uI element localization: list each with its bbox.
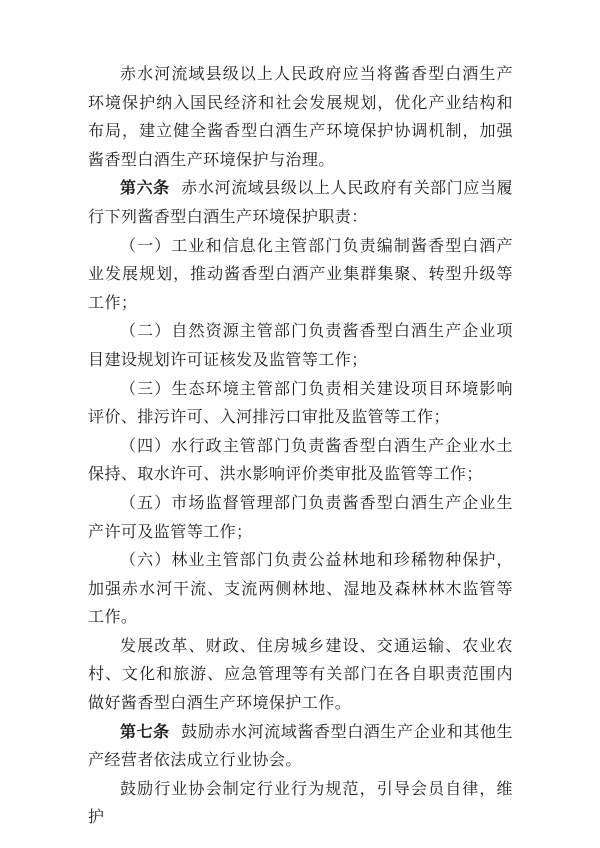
paragraph-item-1: （一）工业和信息化主管部门负责编制酱香型白酒产业发展规划，推动酱香型白酒产业集群… bbox=[88, 233, 513, 319]
paragraph: 赤水河流域县级以上人民政府应当将酱香型白酒生产环境保护纳入国民经济和社会发展规划… bbox=[88, 61, 513, 175]
paragraph-text: （五）市场监督管理部门负责酱香型白酒生产企业生产许可及监管等工作； bbox=[88, 495, 513, 541]
paragraph-article-7: 第七条鼓励赤水河流域酱香型白酒生产企业和其他生产经营者依法成立行业协会。 bbox=[88, 719, 513, 776]
paragraph-text: （一）工业和信息化主管部门负责编制酱香型白酒产业发展规划，推动酱香型白酒产业集群… bbox=[88, 238, 513, 312]
document-text-block: 赤水河流域县级以上人民政府应当将酱香型白酒生产环境保护纳入国民经济和社会发展规划… bbox=[88, 61, 513, 833]
paragraph-text: （三）生态环境主管部门负责相关建设项目环境影响评价、排污许可、入河排污口审批及监… bbox=[88, 381, 513, 427]
paragraph-text: （二）自然资源主管部门负责酱香型白酒生产企业项目建设规划许可证核发及监管等工作； bbox=[88, 323, 513, 369]
article-number: 第六条 bbox=[120, 180, 170, 197]
paragraph-text: 鼓励行业协会制定行业行为规范，引导会员自律，维护 bbox=[88, 781, 513, 827]
paragraph: 发展改革、财政、住房城乡建设、交通运输、农业农村、文化和旅游、应急管理等有关部门… bbox=[88, 633, 513, 719]
paragraph-item-4: （四）水行政主管部门负责酱香型白酒生产企业水土保持、取水许可、洪水影响评价类审批… bbox=[88, 433, 513, 490]
paragraph-article-6: 第六条赤水河流域县级以上人民政府有关部门应当履行下列酱香型白酒生产环境保护职责： bbox=[88, 175, 513, 232]
paragraph-text: 发展改革、财政、住房城乡建设、交通运输、农业农村、文化和旅游、应急管理等有关部门… bbox=[88, 638, 513, 712]
paragraph-item-3: （三）生态环境主管部门负责相关建设项目环境影响评价、排污许可、入河排污口审批及监… bbox=[88, 376, 513, 433]
paragraph-text: （六）林业主管部门负责公益林地和珍稀物种保护，加强赤水河干流、支流两侧林地、湿地… bbox=[88, 552, 513, 626]
document-page: 赤水河流域县级以上人民政府应当将酱香型白酒生产环境保护纳入国民经济和社会发展规划… bbox=[0, 0, 600, 848]
paragraph-item-5: （五）市场监督管理部门负责酱香型白酒生产企业生产许可及监管等工作； bbox=[88, 490, 513, 547]
paragraph-text: 赤水河流域县级以上人民政府应当将酱香型白酒生产环境保护纳入国民经济和社会发展规划… bbox=[88, 66, 513, 169]
paragraph-text: （四）水行政主管部门负责酱香型白酒生产企业水土保持、取水许可、洪水影响评价类审批… bbox=[88, 438, 513, 484]
paragraph: 鼓励行业协会制定行业行为规范，引导会员自律，维护 bbox=[88, 776, 513, 833]
paragraph-item-6: （六）林业主管部门负责公益林地和珍稀物种保护，加强赤水河干流、支流两侧林地、湿地… bbox=[88, 547, 513, 633]
article-number: 第七条 bbox=[120, 724, 170, 741]
paragraph-item-2: （二）自然资源主管部门负责酱香型白酒生产企业项目建设规划许可证核发及监管等工作； bbox=[88, 318, 513, 375]
